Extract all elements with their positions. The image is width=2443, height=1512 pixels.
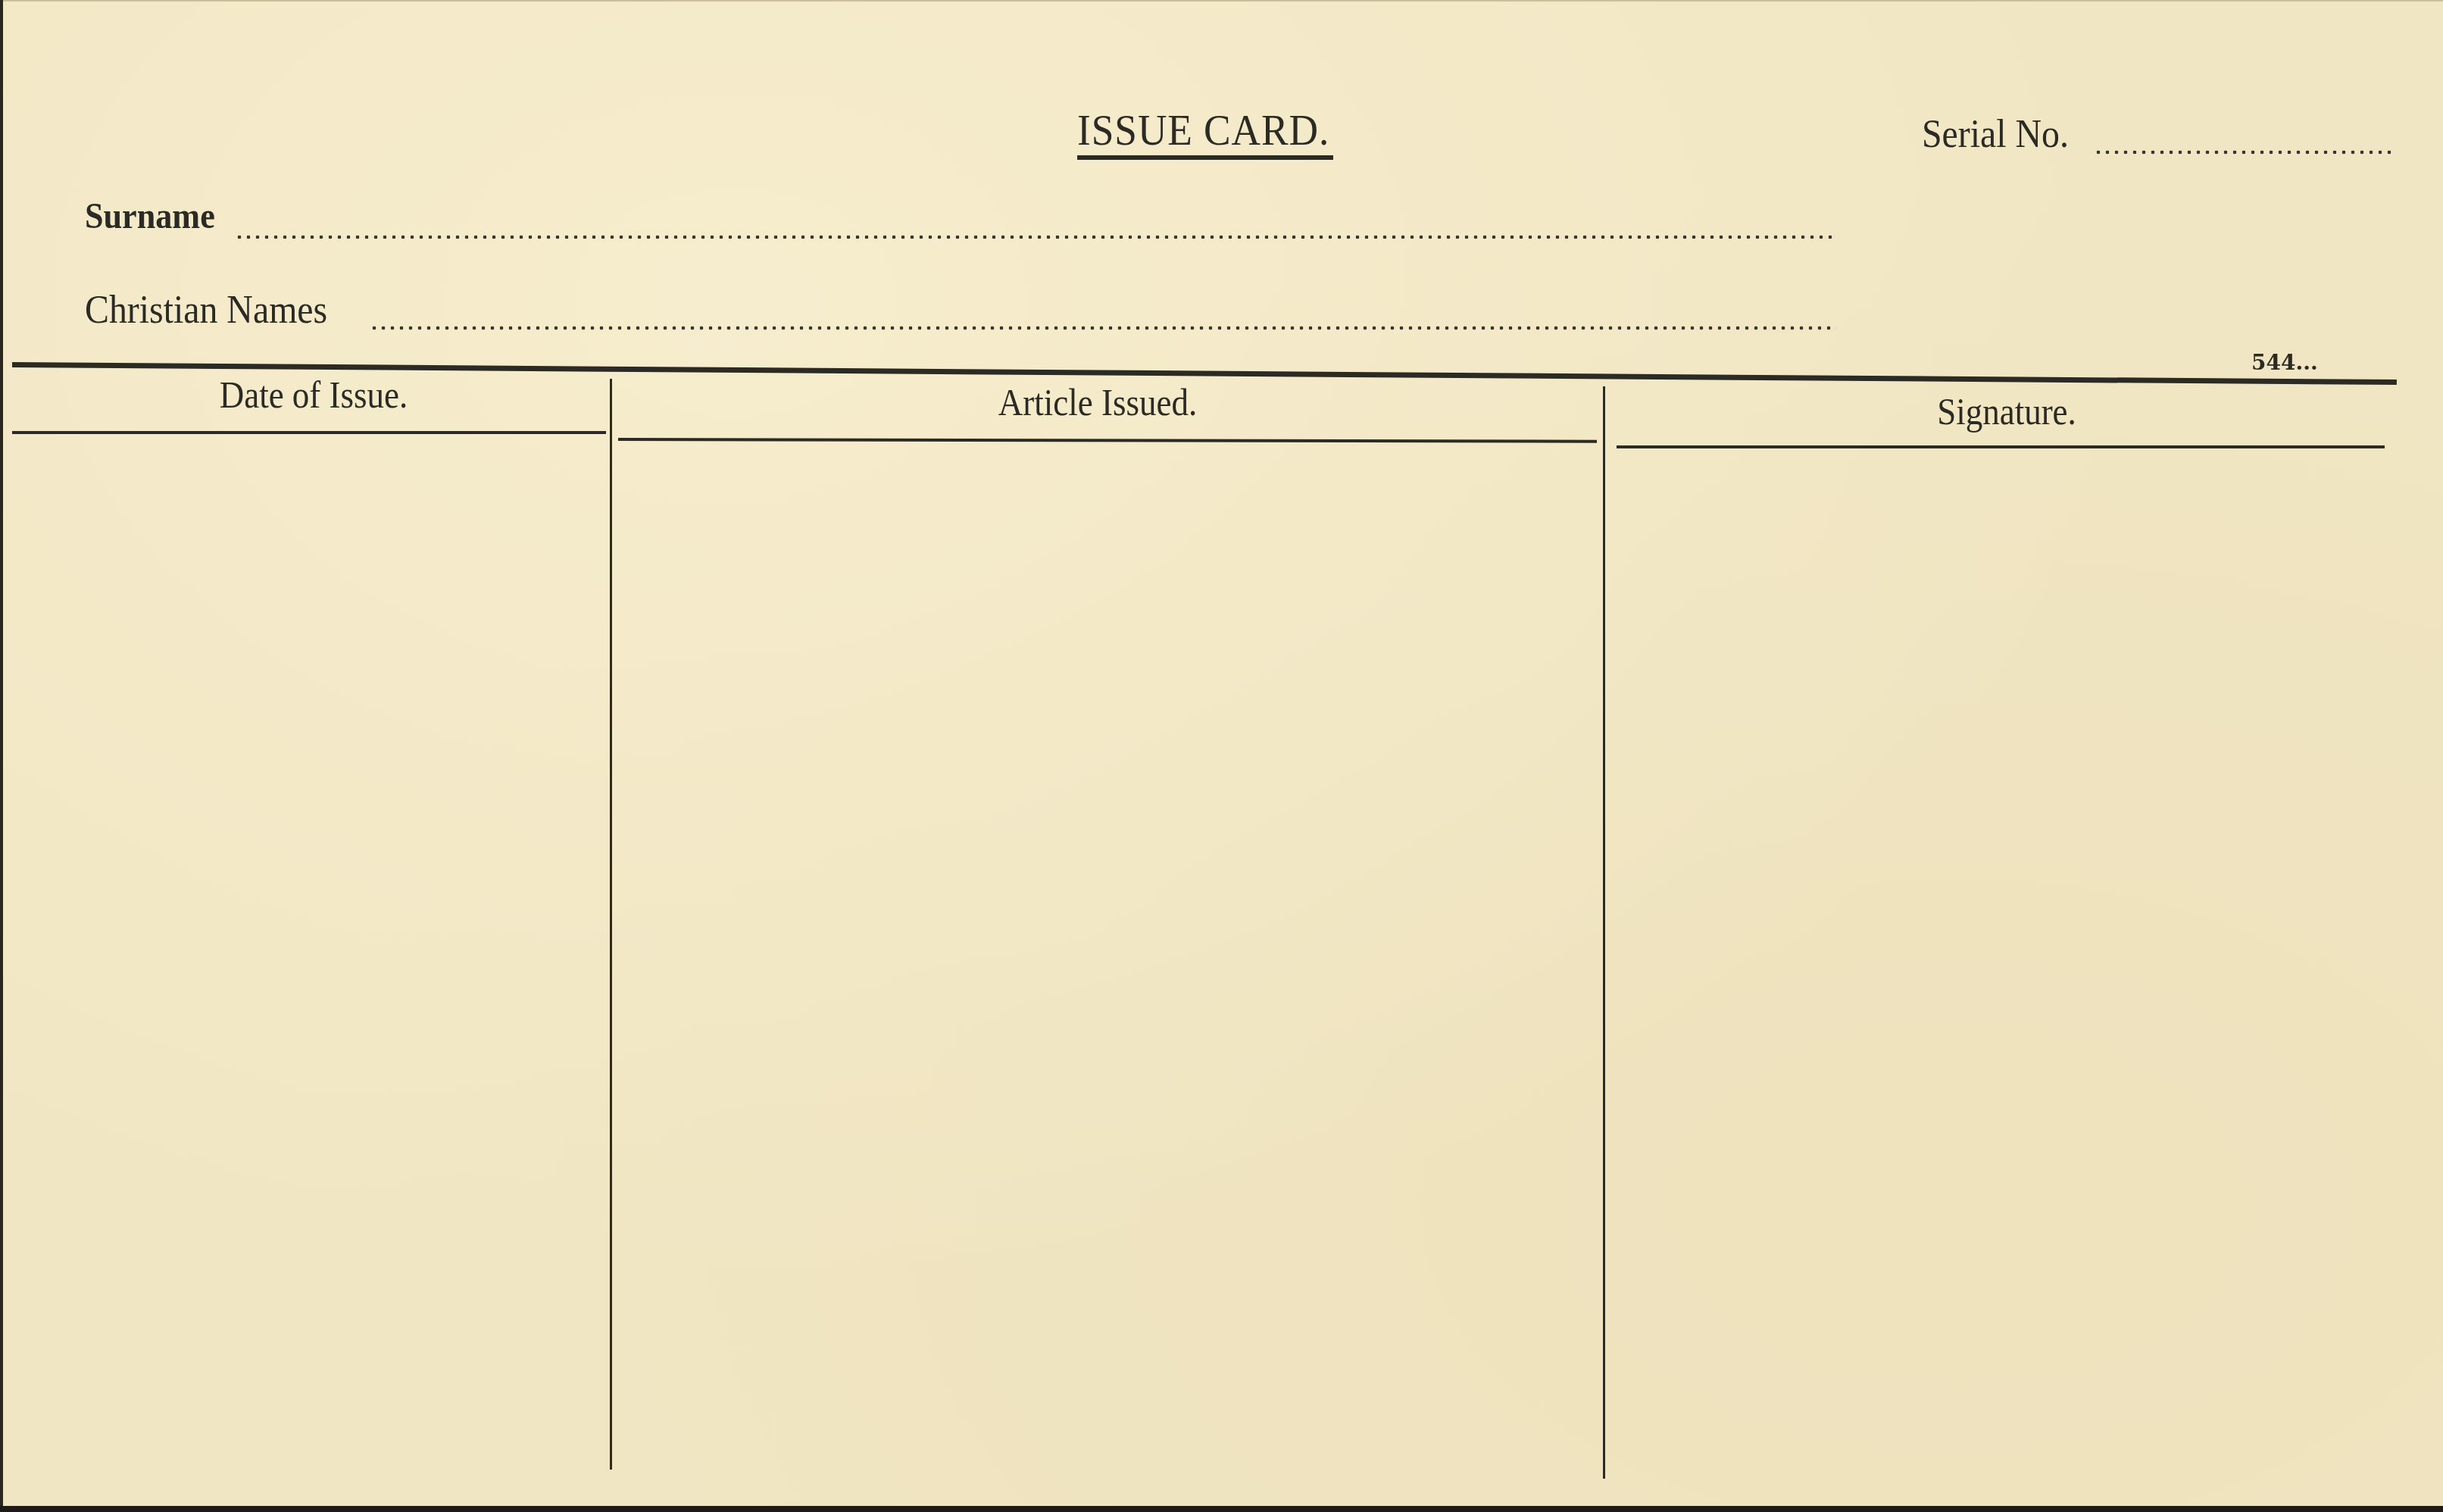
column-divider-1 xyxy=(610,379,612,1470)
column-header-signature: Signature. xyxy=(1836,389,2177,433)
date-of-issue-column[interactable] xyxy=(12,439,608,1470)
surname-label: Surname xyxy=(85,195,215,237)
title-underline xyxy=(1077,155,1333,160)
card-title: ISSUE CARD. xyxy=(1077,105,1329,155)
signature-column[interactable] xyxy=(1607,453,2388,1479)
column-header-article-issued: Article Issued. xyxy=(927,380,1268,424)
christian-names-label: Christian Names xyxy=(85,288,327,333)
signature-header-rule xyxy=(1617,445,2385,448)
serial-number-label: Serial No. xyxy=(1922,112,2069,157)
card-top-edge xyxy=(3,0,2443,2)
christian-names-field[interactable] xyxy=(370,326,1836,330)
issue-card: ISSUE CARD. Serial No. Surname Christian… xyxy=(3,0,2443,1506)
surname-field[interactable] xyxy=(235,235,1836,239)
column-header-date-of-issue: Date of Issue. xyxy=(143,373,484,417)
article-header-rule xyxy=(618,438,1597,443)
column-divider-2 xyxy=(1603,386,1605,1479)
date-header-rule xyxy=(12,431,606,434)
form-code: 544... xyxy=(2251,350,2318,375)
serial-number-field[interactable] xyxy=(2094,150,2395,155)
article-issued-column[interactable] xyxy=(614,447,1600,1473)
card-bottom-edge xyxy=(0,1506,2443,1512)
